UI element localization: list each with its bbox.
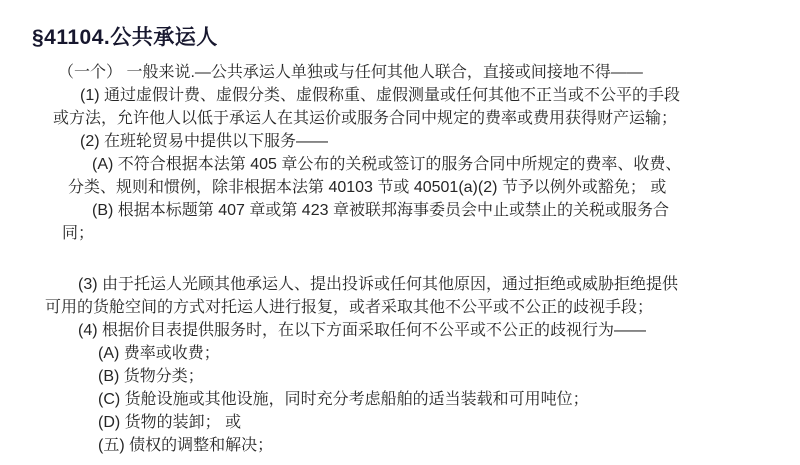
item-4-sub-a: (A) 费率或收费；	[0, 342, 780, 365]
item-2-sub-a-continuation: 分类、规则和惯例，除非根据本法第 40103 节或 40501(a)(2) 节予…	[0, 176, 780, 199]
item-1-continuation: 或方法，允许他人以低于承运人在其运价或服务合同中规定的费率或费用获得财产运输；	[0, 107, 780, 130]
paragraph-general-intro: （一个） 一般来说.—公共承运人单独或与任何其他人联合，直接或间接地不得——	[0, 61, 780, 84]
item-4-sub-b: (B) 货物分类；	[0, 365, 780, 388]
section-title: §41104.公共承运人	[32, 24, 800, 52]
item-3: (3) 由于托运人光顾其他承运人、提出投诉或任何其他原因，通过拒绝或威胁拒绝提供	[0, 273, 780, 296]
item-4-sub-e: (五) 债权的调整和解决；	[0, 434, 780, 457]
item-2-sub-a: (A) 不符合根据本法第 405 章公布的关税或签订的服务合同中所规定的费率、收…	[0, 153, 780, 176]
item-2-sub-b: (B) 根据本标题第 407 章或第 423 章被联邦海事委员会中止或禁止的关税…	[0, 199, 780, 222]
document-page: §41104.公共承运人 （一个） 一般来说.—公共承运人单独或与任何其他人联合…	[0, 0, 800, 465]
item-4-sub-c: (C) 货舱设施或其他设施，同时充分考虑船舶的适当装载和可用吨位；	[0, 388, 780, 411]
item-4-sub-d: (D) 货物的装卸； 或	[0, 411, 780, 434]
item-2-sub-b-continuation: 同；	[0, 222, 780, 245]
item-3-continuation: 可用的货舱空间的方式对托运人进行报复，或者采取其他不公平或不公正的歧视手段；	[0, 296, 780, 319]
item-4: (4) 根据价目表提供服务时，在以下方面采取任何不公平或不公正的歧视行为——	[0, 319, 780, 342]
item-2: (2) 在班轮贸易中提供以下服务——	[0, 130, 780, 153]
document-body: （一个） 一般来说.—公共承运人单独或与任何其他人联合，直接或间接地不得—— (…	[0, 61, 780, 457]
item-1: (1) 通过虚假计费、虚假分类、虚假称重、虚假测量或任何其他不正当或不公平的手段	[0, 84, 780, 107]
